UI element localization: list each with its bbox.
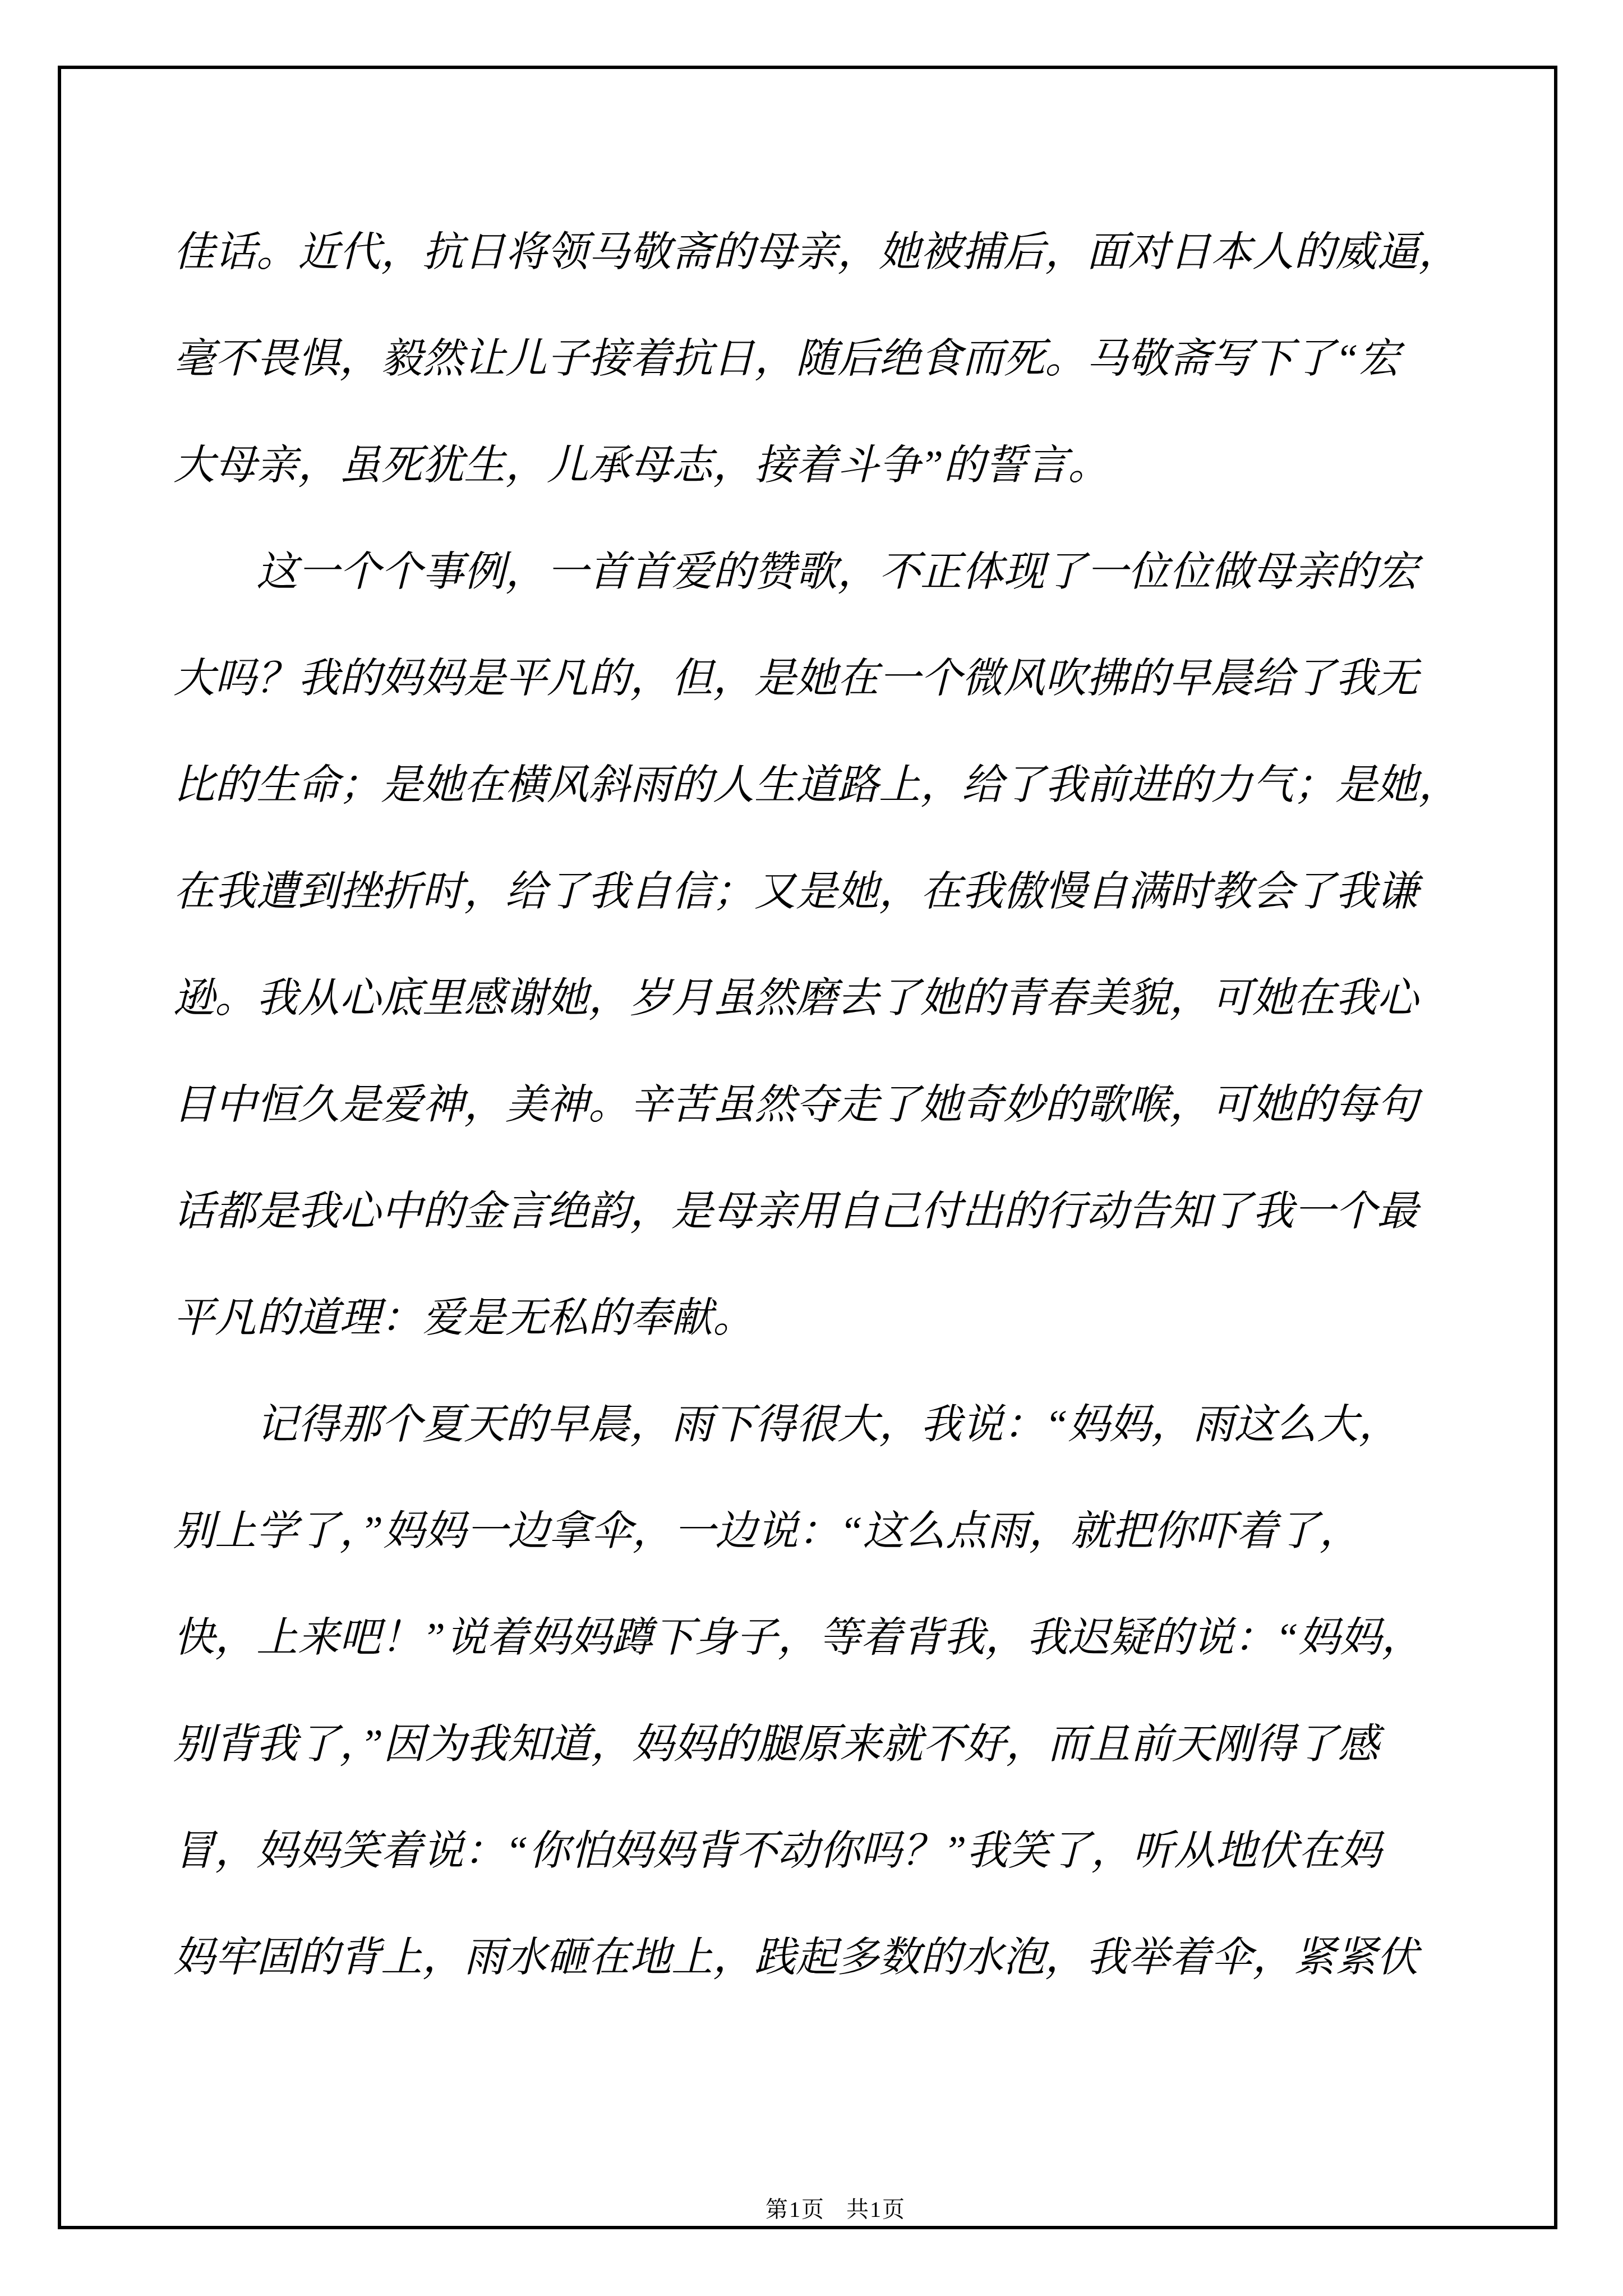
text-line: 这一个个事例，一首首爱的赞歌，不正体现了一位位做母亲的宏 (173, 519, 1459, 625)
text-line: 在我遭到挫折时，给了我自信；又是她，在我傲慢自满时教会了我谦 (173, 839, 1459, 945)
text-line: 大母亲，虽死犹生，儿承母志，接着斗争”的誓言。 (173, 412, 1459, 519)
text-line: 别上学了，”妈妈一边拿伞，一边说：“这么点雨，就把你吓着了， (173, 1478, 1459, 1585)
text-line: 妈牢固的背上，雨水砸在地上，践起多数的水泡，我举着伞，紧紧伏 (173, 1904, 1459, 2011)
text-line: 平凡的道理：爱是无私的奉献。 (173, 1265, 1459, 1372)
text-line: 目中恒久是爱神，美神。辛苦虽然夺走了她奇妙的歌喉，可她的每句 (173, 1052, 1459, 1158)
text-line: 比的生命；是她在横风斜雨的人生道路上，给了我前进的力气；是她， (173, 732, 1459, 839)
text-line: 毫不畏惧，毅然让儿子接着抗日，随后绝食而死。马敬斋写下了“宏 (173, 306, 1459, 412)
text-line: 逊。我从心底里感谢她，岁月虽然磨去了她的青春美貌，可她在我心 (173, 945, 1459, 1052)
footer-total-pages: 共1页 (846, 2197, 906, 2222)
page-border: 佳话。近代，抗日将领马敬斋的母亲，她被捕后，面对日本人的威逼，毫不畏惧，毅然让儿… (58, 66, 1557, 2229)
page-footer: 第1页共1页 (766, 2196, 906, 2223)
text-line: 冒，妈妈笑着说：“你怕妈妈背不动你吗？”我笑了，听从地伏在妈 (173, 1798, 1459, 1904)
text-line: 别背我了，”因为我知道，妈妈的腿原来就不好，而且前天刚得了感 (173, 1691, 1459, 1798)
text-line: 佳话。近代，抗日将领马敬斋的母亲，她被捕后，面对日本人的威逼， (173, 199, 1459, 306)
text-line: 话都是我心中的金言绝韵，是母亲用自己付出的行动告知了我一个最 (173, 1158, 1459, 1265)
text-line: 记得那个夏天的早晨，雨下得很大，我说：“妈妈，雨这么大， (173, 1372, 1459, 1478)
document-page: 佳话。近代，抗日将领马敬斋的母亲，她被捕后，面对日本人的威逼，毫不畏惧，毅然让儿… (0, 0, 1623, 2296)
footer-page-number: 第1页 (766, 2197, 825, 2222)
text-line: 快，上来吧！”说着妈妈蹲下身子，等着背我，我迟疑的说：“妈妈， (173, 1585, 1459, 1691)
document-body: 佳话。近代，抗日将领马敬斋的母亲，她被捕后，面对日本人的威逼，毫不畏惧，毅然让儿… (61, 69, 1554, 2011)
text-line: 大吗？我的妈妈是平凡的，但，是她在一个微风吹拂的早晨给了我无 (173, 625, 1459, 732)
